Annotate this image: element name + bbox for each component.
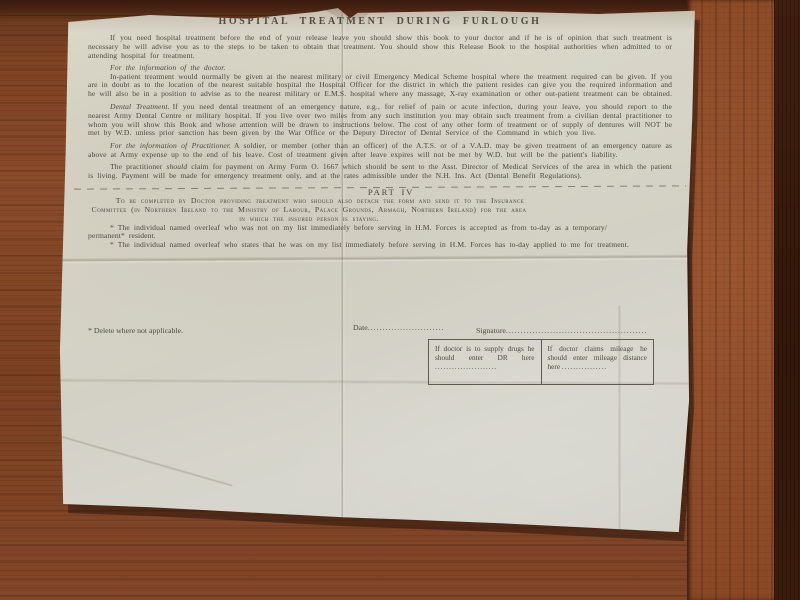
date-field: Date..........................	[353, 323, 444, 332]
intro-paragraph: If you need hospital treatment before th…	[88, 34, 672, 60]
diagonal-crease	[49, 432, 232, 487]
mileage-dotted-line: ................	[562, 362, 607, 371]
date-label: Date	[353, 323, 368, 332]
document-paper: HOSPITAL TREATMENT DURING FURLOUGH If yo…	[58, 6, 700, 538]
date-dotted-line: ..........................	[368, 323, 445, 332]
claim-paragraph: The practitioner should claim for paymen…	[88, 163, 672, 181]
dental-paragraph: Dental Treatment.If you need dental trea…	[88, 103, 672, 138]
dental-lead: Dental Treatment.	[110, 102, 170, 111]
wood-right-plank	[687, 0, 776, 600]
wood-right-dark-edge	[774, 0, 800, 600]
note-temporary-resident: * The individual named overleaf who was …	[88, 224, 672, 242]
document-title: HOSPITAL TREATMENT DURING FURLOUGH	[88, 16, 672, 28]
inpatient-paragraph: In-patient treatment would normally be g…	[88, 73, 672, 99]
signature-field: Signature...............................…	[476, 326, 647, 335]
practitioner-lead: For the information of Practitioner.	[110, 141, 231, 150]
signature-dotted-line: ........................................…	[506, 326, 648, 335]
part4-body: To be completed by Doctor providing trea…	[88, 197, 530, 223]
mileage-cell: If doctor claims mileage he should enter…	[541, 340, 654, 384]
horizontal-fold-crease	[58, 254, 700, 264]
doctor-instruction-box: If doctor is to supply drugs he should e…	[428, 339, 654, 385]
signature-label: Signature	[476, 326, 506, 335]
note-applied-for-treatment: * The individual named overleaf who stat…	[88, 241, 672, 250]
delete-note: * Delete where not applicable.	[88, 326, 183, 335]
printed-text: HOSPITAL TREATMENT DURING FURLOUGH If yo…	[88, 16, 672, 250]
drugs-cell: If doctor is to supply drugs he should e…	[429, 340, 541, 384]
drugs-dotted-line: ......................	[435, 362, 497, 371]
practitioner-paragraph: For the information of Practitioner.A so…	[88, 142, 672, 160]
